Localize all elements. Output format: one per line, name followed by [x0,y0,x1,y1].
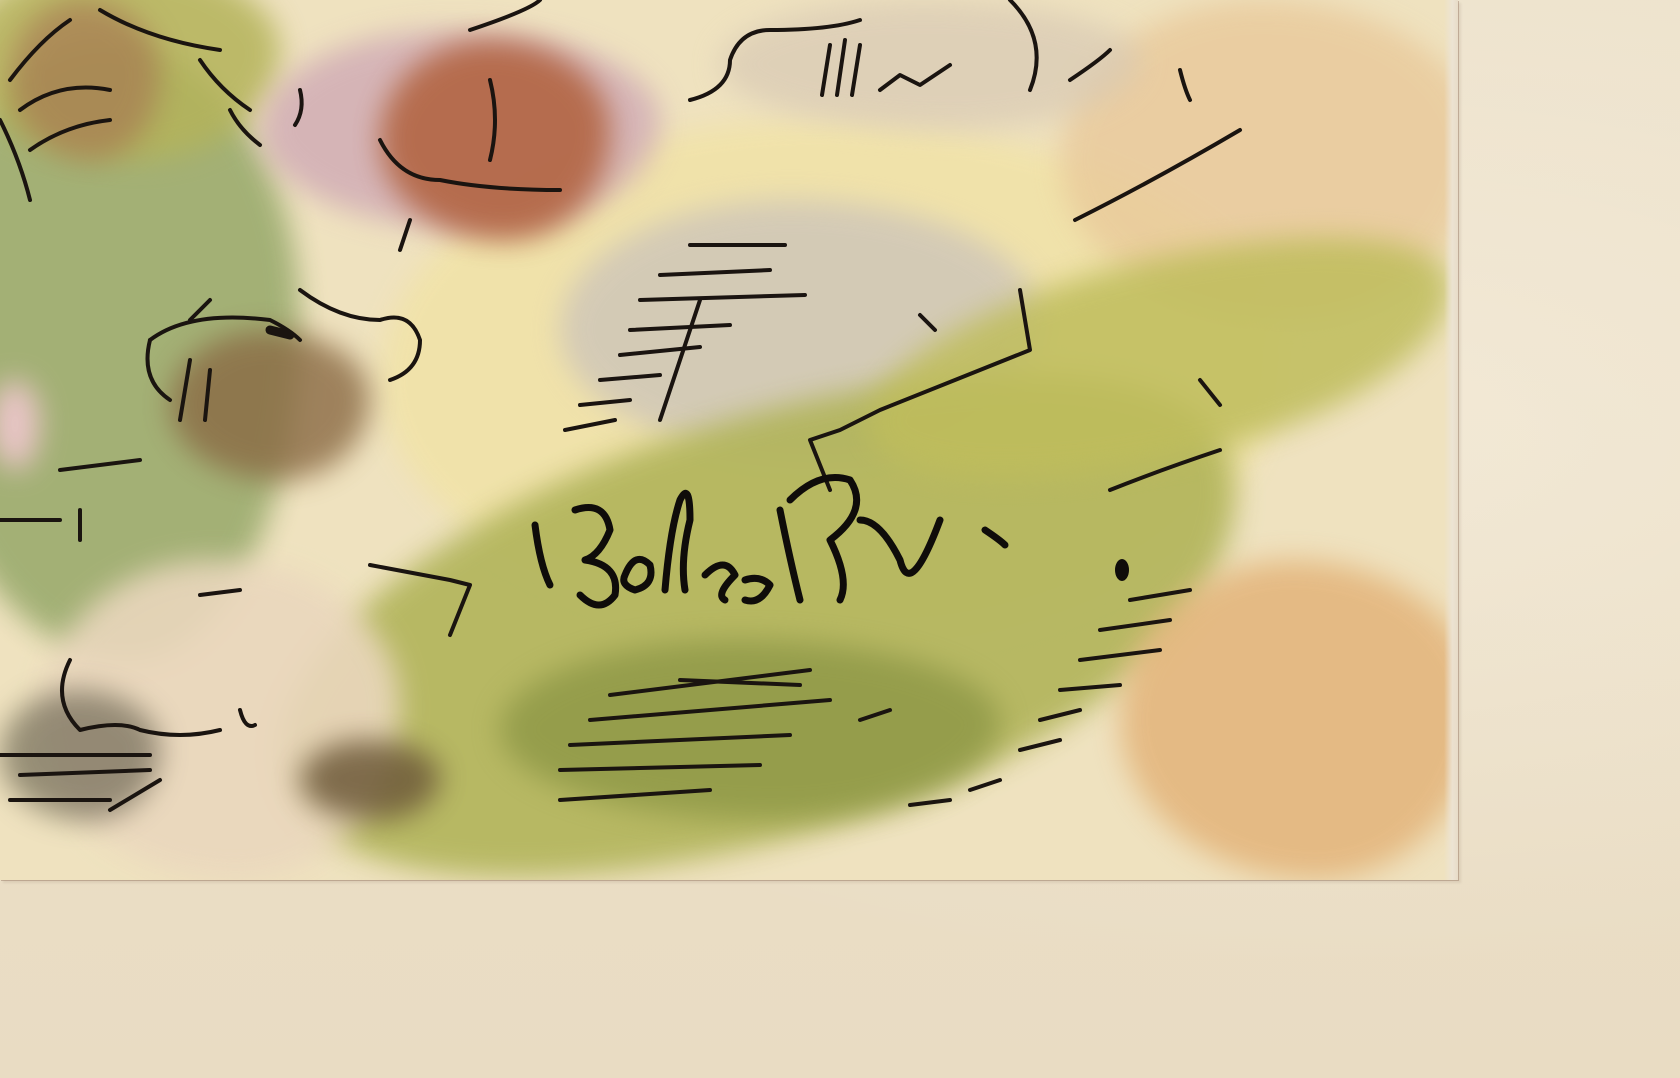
painting-right-edge [1444,0,1458,880]
watercolor-painting: Boleslav [0,0,1458,880]
signature-strokes [535,478,1005,606]
ink-linework [0,0,1458,880]
